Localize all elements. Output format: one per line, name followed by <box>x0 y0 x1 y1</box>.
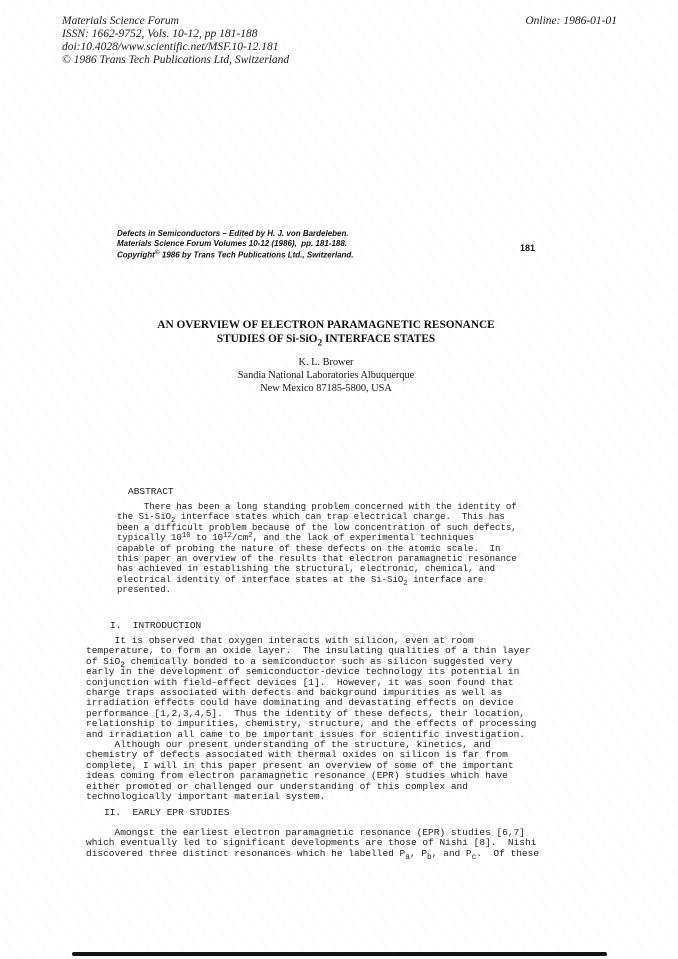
section-early-epr-text: Amongst the earliest electron paramagnet… <box>86 828 539 859</box>
section-early-epr-heading: II. EARLY EPR STUDIES <box>104 807 229 818</box>
online-date: Online: 1986-01-01 <box>525 15 617 28</box>
citation-block: Defects in Semiconductors – Edited by H.… <box>117 229 354 260</box>
abstract-heading: ABSTRACT <box>128 486 174 497</box>
author-affiliation: K. L. Brower Sandia National Laboratorie… <box>0 356 652 395</box>
journal-header: Materials Science Forum ISSN: 1662-9752,… <box>62 15 289 67</box>
document-page: Materials Science Forum ISSN: 1662-9752,… <box>0 0 678 959</box>
page-number: 181 <box>520 243 535 253</box>
abstract-text: There has been a long standing problem c… <box>117 502 517 596</box>
section-intro-heading: I. INTRODUCTION <box>110 620 201 631</box>
paper-title: AN OVERVIEW OF ELECTRON PARAMAGNETIC RES… <box>0 319 652 350</box>
footer-divider-bar <box>72 952 607 956</box>
section-intro-text: It is observed that oxygen interacts wit… <box>86 636 536 803</box>
